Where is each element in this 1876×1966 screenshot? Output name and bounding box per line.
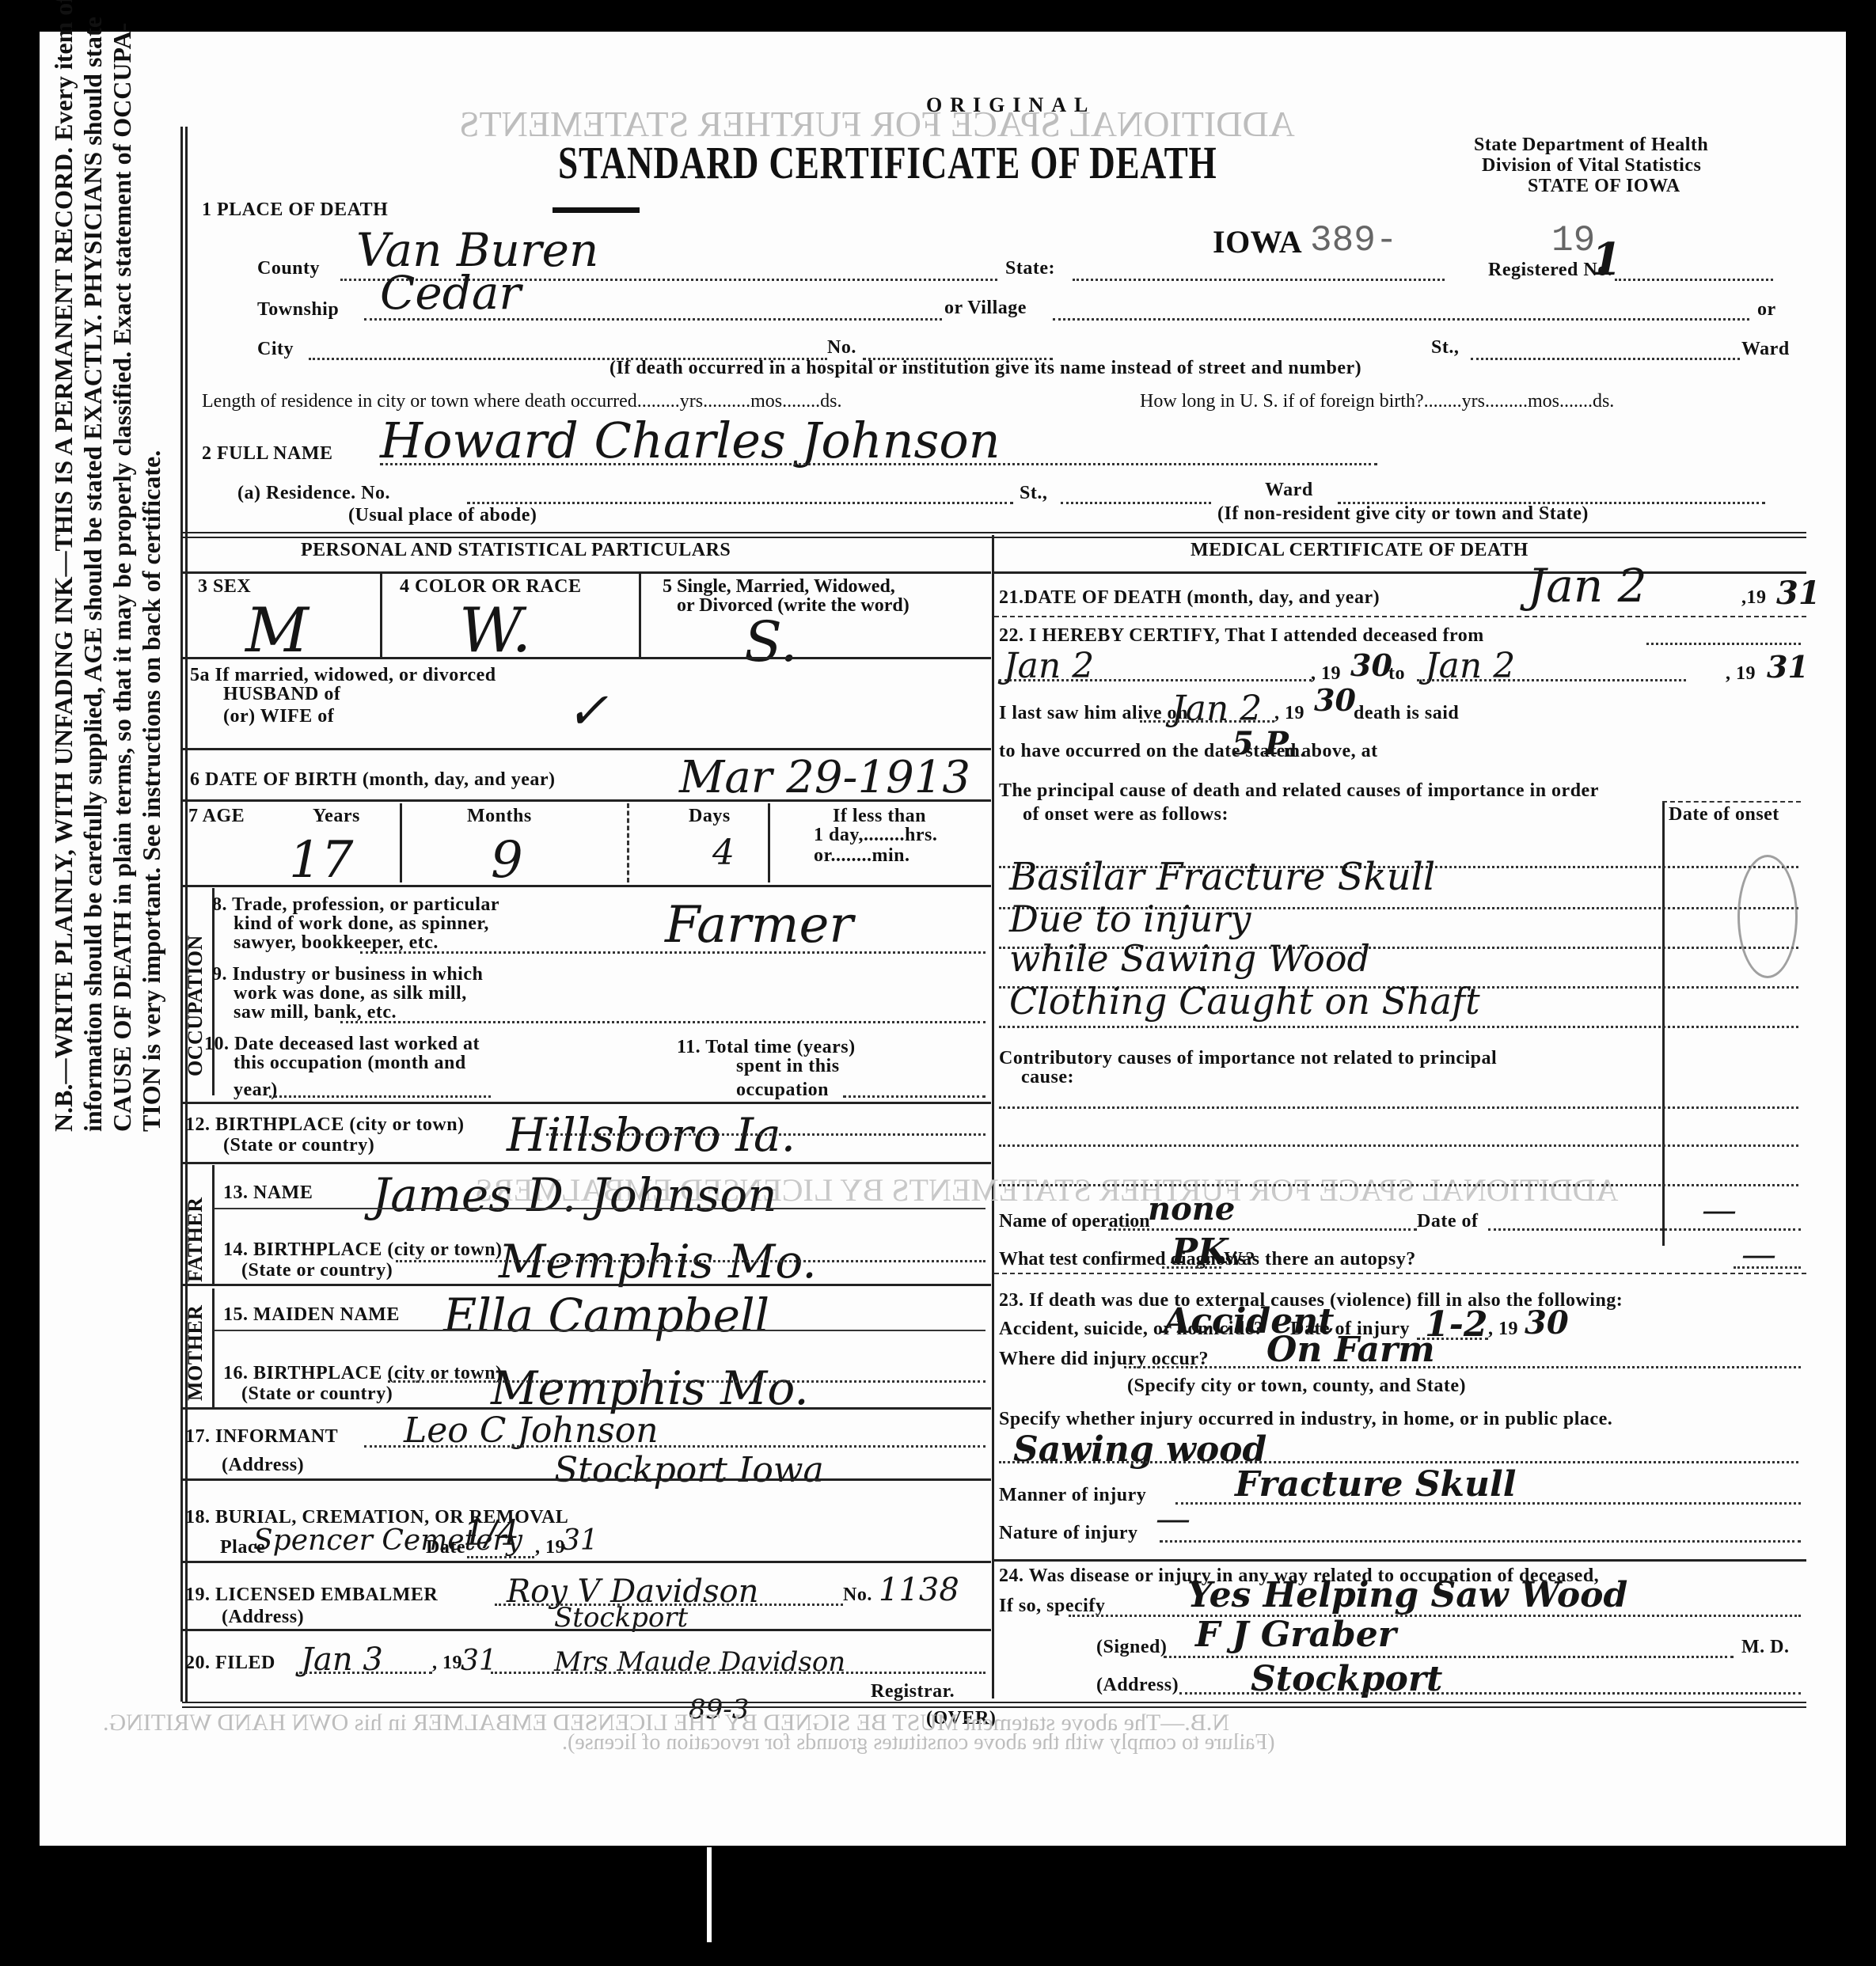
lastsaw-prefix: , 19 xyxy=(1274,703,1304,724)
state-label: State: xyxy=(1005,258,1055,279)
file-number: 389- xyxy=(1310,220,1397,261)
embalmer-no-label: No. xyxy=(843,1585,872,1606)
where-sub: (Specify city or town, county, and State… xyxy=(1127,1376,1466,1397)
dept-line-2: Division of Vital Statistics xyxy=(1482,155,1701,176)
months-divider xyxy=(627,803,629,882)
specify-value: Sawing wood xyxy=(1013,1429,1266,1470)
contrib-line-3 xyxy=(999,1184,1798,1186)
residence-label: (a) Residence. No. xyxy=(237,483,390,504)
page-title: STANDARD CERTIFICATE OF DEATH xyxy=(558,136,1217,189)
cause-1: Basilar Fracture Skull xyxy=(1009,855,1435,899)
residence-line xyxy=(467,502,1013,504)
dob-label: 6 DATE OF BIRTH (month, day, and year) xyxy=(190,769,556,791)
registrar-line xyxy=(491,1672,985,1674)
row-rule-10 xyxy=(182,1561,991,1563)
spouse-label-2: HUSBAND of xyxy=(223,684,340,705)
informant-addr-label: (Address) xyxy=(222,1455,304,1476)
burial-date-label: Date xyxy=(426,1537,465,1558)
contrib-line-1 xyxy=(999,1106,1798,1109)
informant-addr-value: Stockport Iowa xyxy=(554,1450,824,1490)
cause-intro-1: The principal cause of death and related… xyxy=(999,780,1599,802)
trade-value: Farmer xyxy=(665,896,853,955)
residence-st-line xyxy=(1061,502,1211,504)
residence-sub: (Usual place of abode) xyxy=(348,505,537,526)
age-label: 7 AGE xyxy=(188,806,245,827)
city-label: City xyxy=(257,339,294,360)
informant-label: 17. INFORMANT xyxy=(185,1426,338,1448)
margin-line-1: N.B.—WRITE PLAINLY, WITH UNFADING INK—TH… xyxy=(49,0,78,1132)
residence-ward-label: Ward xyxy=(1265,480,1313,501)
industry-label-3: saw mill, bank, etc. xyxy=(234,1002,397,1023)
dod-rule xyxy=(994,616,1806,617)
operation-date-label: Date of xyxy=(1417,1211,1478,1232)
lastworked-line xyxy=(269,1095,491,1098)
manner-value: Fracture Skull xyxy=(1235,1464,1516,1505)
father-name-label: 13. NAME xyxy=(223,1182,313,1204)
center-divider xyxy=(992,535,994,1698)
where-value: On Farm xyxy=(1266,1330,1435,1370)
years-divider xyxy=(400,803,402,882)
signed-value: F J Graber xyxy=(1195,1615,1396,1655)
father-bp-label-2: (State or country) xyxy=(241,1260,393,1281)
date-onset-label: Date of onset xyxy=(1669,804,1779,825)
less-day-1: If less than xyxy=(833,806,926,827)
trade-line xyxy=(360,951,985,954)
lastsaw-line xyxy=(1140,720,1274,723)
race-divider xyxy=(639,573,641,657)
mother-name-line xyxy=(214,1330,985,1331)
foreign-birth: How long in U. S. if of foreign birth?..… xyxy=(1140,391,1614,412)
operation-date-value: — xyxy=(1702,1190,1737,1231)
registrar-stamp xyxy=(1737,855,1798,978)
onset-divider xyxy=(1662,803,1665,1246)
row-rule-7 xyxy=(182,1284,991,1286)
sex-value: M xyxy=(245,595,309,666)
year-prefix: 19 xyxy=(1551,220,1595,261)
operation-value: none xyxy=(1148,1190,1235,1228)
test-rule xyxy=(994,1273,1806,1274)
occurred-value: 5 P xyxy=(1232,725,1289,762)
father-name-value: James D. Johnson xyxy=(372,1168,777,1222)
less-day-3: or........min. xyxy=(814,845,910,867)
township-line xyxy=(364,318,942,321)
margin-line-3: CAUSE OF DEATH in plain terms, so that i… xyxy=(108,0,137,1132)
occurred-label: to have occurred on the date stated abov… xyxy=(999,741,1378,762)
ghost-text-bottom-2: (Failure to comply with the above consti… xyxy=(562,1730,1274,1755)
mother-name-value: Ella Campbell xyxy=(443,1289,769,1342)
margin-instructions: N.B.—WRITE PLAINLY, WITH UNFADING INK—TH… xyxy=(49,0,166,1132)
iowa-label: IOWA xyxy=(1213,223,1302,260)
ifso-value: Yes Helping Saw Wood xyxy=(1187,1575,1627,1615)
marital-value: S. xyxy=(744,609,798,674)
or-label: or xyxy=(1757,299,1776,321)
cause-3: while Sawing Wood xyxy=(1009,937,1370,980)
informant-line xyxy=(364,1445,985,1448)
autopsy-value: — xyxy=(1741,1235,1776,1275)
ifso-label: If so, specify xyxy=(999,1596,1105,1617)
village-line xyxy=(1053,318,1749,321)
residence-length: Length of residence in city or town wher… xyxy=(202,391,841,412)
nature-line xyxy=(1160,1540,1801,1543)
operation-date-line xyxy=(1488,1228,1801,1231)
md-label: M. D. xyxy=(1741,1637,1789,1658)
section-divider xyxy=(182,532,1806,538)
margin-line-2: information should be carefully supplied… xyxy=(78,0,108,1132)
mother-bp-line xyxy=(388,1380,985,1383)
medical-title-rule xyxy=(994,571,1806,574)
days-label: Days xyxy=(689,806,731,827)
village-label: or Village xyxy=(944,298,1027,319)
lastsaw-value: Jan 2 xyxy=(1172,689,1262,729)
father-bp-label-1: 14. BIRTHPLACE (city or town) xyxy=(223,1239,503,1261)
birthplace-line xyxy=(546,1133,985,1136)
contrib-line-2 xyxy=(999,1144,1798,1147)
signed-line xyxy=(1164,1656,1734,1658)
spouse-label-1: 5a If married, widowed, or divorced xyxy=(190,665,496,686)
injury-year-prefix: , 19 xyxy=(1488,1319,1518,1340)
dept-line-3: STATE OF IOWA xyxy=(1528,176,1680,197)
industry-line xyxy=(340,1021,985,1023)
father-divider xyxy=(212,1165,215,1284)
city-st-line xyxy=(1471,358,1740,360)
occupation-divider xyxy=(212,888,215,1095)
nature-rule xyxy=(994,1559,1806,1562)
totaltime-label-2: spent in this xyxy=(736,1056,840,1077)
filed-label: 20. FILED xyxy=(185,1653,275,1674)
medical-section-title: MEDICAL CERTIFICATE OF DEATH xyxy=(1191,540,1529,561)
days-divider xyxy=(768,803,770,882)
father-vertical-label: FATHER xyxy=(184,1197,207,1282)
cause-4: Clothing Caught on Shaft xyxy=(1009,980,1480,1023)
autopsy-line xyxy=(1734,1266,1801,1269)
full-name-label: 2 FULL NAME xyxy=(202,443,333,465)
certify-label: 22. I HEREBY CERTIFY, That I attended de… xyxy=(999,625,1484,647)
father-bp-line xyxy=(396,1260,985,1262)
manner-line xyxy=(1175,1502,1801,1505)
cause-2: Due to injury xyxy=(1009,898,1251,940)
filed-line xyxy=(299,1672,432,1674)
burial-year-value: 31 xyxy=(562,1524,598,1557)
cause-intro-2: of onset were as follows: xyxy=(1023,804,1229,825)
dod-year-value: 31 xyxy=(1776,575,1821,612)
county-label: County xyxy=(257,258,320,279)
filed-year-prefix: , 19 xyxy=(432,1653,462,1674)
row-rule-11 xyxy=(182,1629,991,1631)
full-name-value: Howard Charles Johnson xyxy=(380,412,1001,469)
mother-vertical-label: MOTHER xyxy=(184,1305,207,1401)
operation-line xyxy=(1108,1228,1417,1231)
row-rule-6 xyxy=(182,1162,991,1164)
father-name-line xyxy=(214,1208,985,1209)
row-rule-4 xyxy=(182,885,991,887)
city-ward-label: Ward xyxy=(1741,339,1790,360)
lastworked-label-2: this occupation (month and xyxy=(234,1053,466,1074)
contrib-label-1: Contributory causes of importance not re… xyxy=(999,1048,1497,1069)
industry-label-2: work was done, as silk mill, xyxy=(234,983,467,1004)
left-border-inner xyxy=(185,127,188,1702)
mother-divider xyxy=(212,1289,215,1407)
burial-date-line xyxy=(467,1556,534,1558)
test-line xyxy=(1162,1266,1221,1269)
embalmer-no-value: 1138 xyxy=(879,1572,959,1608)
registrar-label: Registrar. xyxy=(871,1681,955,1702)
cause-line-4 xyxy=(999,1026,1798,1028)
birthplace-label-2: (State or country) xyxy=(223,1135,374,1156)
address-line xyxy=(1179,1692,1801,1695)
specify-line xyxy=(999,1461,1798,1463)
row-rule-2 xyxy=(182,748,991,750)
attended-from-prefix: , 19 xyxy=(1311,663,1341,685)
to-label: to xyxy=(1388,663,1405,685)
place-of-death-label: 1 PLACE OF DEATH xyxy=(202,199,388,221)
mother-name-label: 15. MAIDEN NAME xyxy=(223,1304,400,1326)
attended-to-prefix: , 19 xyxy=(1726,663,1756,685)
months-value: 9 xyxy=(491,831,523,890)
where-line xyxy=(1124,1366,1801,1368)
address-label: (Address) xyxy=(1096,1675,1179,1696)
manner-label: Manner of injury xyxy=(999,1485,1146,1506)
original-label: ORIGINAL xyxy=(926,93,1096,117)
row-rule-1 xyxy=(182,657,991,659)
trade-label-1: 8. Trade, profession, or particular xyxy=(212,894,499,916)
lastworked-label-1: 10. Date deceased last worked at xyxy=(204,1034,480,1055)
nature-value: — xyxy=(1156,1499,1191,1539)
birthplace-label-1: 12. BIRTHPLACE (city or town) xyxy=(185,1114,465,1136)
embalmer-addr-label: (Address) xyxy=(222,1607,304,1628)
race-label: 4 COLOR OR RACE xyxy=(400,576,582,598)
years-value: 17 xyxy=(289,831,353,890)
township-label: Township xyxy=(257,299,339,321)
specify-label: Specify whether injury occurred in indus… xyxy=(999,1409,1612,1430)
industry-label-1: 9. Industry or business in which xyxy=(212,964,483,985)
nature-label: Nature of injury xyxy=(999,1523,1138,1544)
totaltime-line xyxy=(843,1095,985,1098)
row-rule-9 xyxy=(182,1478,991,1481)
trade-label-2: kind of work done, as spinner, xyxy=(234,913,489,935)
ifso-line xyxy=(1069,1615,1801,1617)
personal-section-title: PERSONAL AND STATISTICAL PARTICULARS xyxy=(301,540,731,561)
dod-label: 21.DATE OF DEATH (month, day, and year) xyxy=(999,587,1380,609)
nonresident-note: (If non-resident give city or town and S… xyxy=(1217,503,1589,525)
days-value: 4 xyxy=(712,833,735,873)
dod-value: Jan 2 xyxy=(1528,559,1647,613)
marital-label-1: 5 Single, Married, Widowed, xyxy=(663,576,895,598)
autopsy-label: Was there an autopsy? xyxy=(1224,1249,1416,1270)
city-st-label: St., xyxy=(1431,337,1459,359)
dob-value: Mar 29-1913 xyxy=(679,752,970,803)
left-border xyxy=(180,127,183,1702)
residence-st-label: St., xyxy=(1020,483,1047,504)
spouse-value: ✓ xyxy=(566,682,609,741)
burial-year-prefix: , 19 xyxy=(535,1537,565,1558)
attended-to-year: 31 xyxy=(1767,649,1809,685)
header-rule xyxy=(553,207,640,213)
contrib-label-2: cause: xyxy=(1021,1067,1074,1088)
spouse-label-3: (or) WIFE of xyxy=(223,706,334,727)
embalmer-label: 19. LICENSED EMBALMER xyxy=(185,1585,438,1606)
sex-divider xyxy=(380,573,382,657)
city-no-label: No. xyxy=(827,337,856,359)
state-line xyxy=(1073,279,1445,281)
scan-artifact xyxy=(707,1847,712,1942)
months-label: Months xyxy=(467,806,532,827)
dod-year-prefix: ,19 xyxy=(1741,587,1767,609)
occurred-suffix: m. xyxy=(1284,741,1305,762)
sex-label: 3 SEX xyxy=(198,576,251,598)
death-said: death is said xyxy=(1354,703,1459,724)
totaltime-label-1: 11. Total time (years) xyxy=(677,1037,856,1058)
row-rule-3 xyxy=(182,799,991,802)
lastsaw-year: 30 xyxy=(1314,682,1356,718)
hospital-note: (If death occurred in a hospital or inst… xyxy=(610,358,1361,379)
row-rule-8 xyxy=(182,1407,991,1410)
race-value: W. xyxy=(459,595,531,666)
occupation-vertical-label: OCCUPATION xyxy=(184,935,207,1076)
township-value: Cedar xyxy=(380,266,521,320)
burial-date-value: 1/4 xyxy=(463,1513,519,1554)
personal-title-rule xyxy=(182,571,991,574)
dept-line-1: State Department of Health xyxy=(1474,135,1708,156)
injury-year-value: 30 xyxy=(1525,1304,1569,1342)
mother-bp-label-2: (State or country) xyxy=(241,1383,393,1405)
totaltime-label-3: occupation xyxy=(736,1080,829,1101)
onset-top-rule xyxy=(1662,801,1801,803)
attended-to-line xyxy=(1417,679,1686,681)
attended-from-year: 30 xyxy=(1350,647,1392,683)
attended-from-line xyxy=(999,679,1312,681)
margin-line-4: TION is very important. See instructions… xyxy=(137,0,166,1132)
trade-label-3: sawyer, bookkeeper, etc. xyxy=(234,932,439,954)
bottom-divider xyxy=(182,1702,1806,1708)
signed-label: (Signed) xyxy=(1096,1637,1167,1658)
less-day-2: 1 day,........hrs. xyxy=(814,825,937,846)
years-label: Years xyxy=(313,806,360,827)
certify-line xyxy=(1646,643,1801,645)
full-name-line xyxy=(380,463,1377,465)
registered-no-line xyxy=(1615,279,1773,281)
row-rule-5 xyxy=(182,1102,991,1104)
